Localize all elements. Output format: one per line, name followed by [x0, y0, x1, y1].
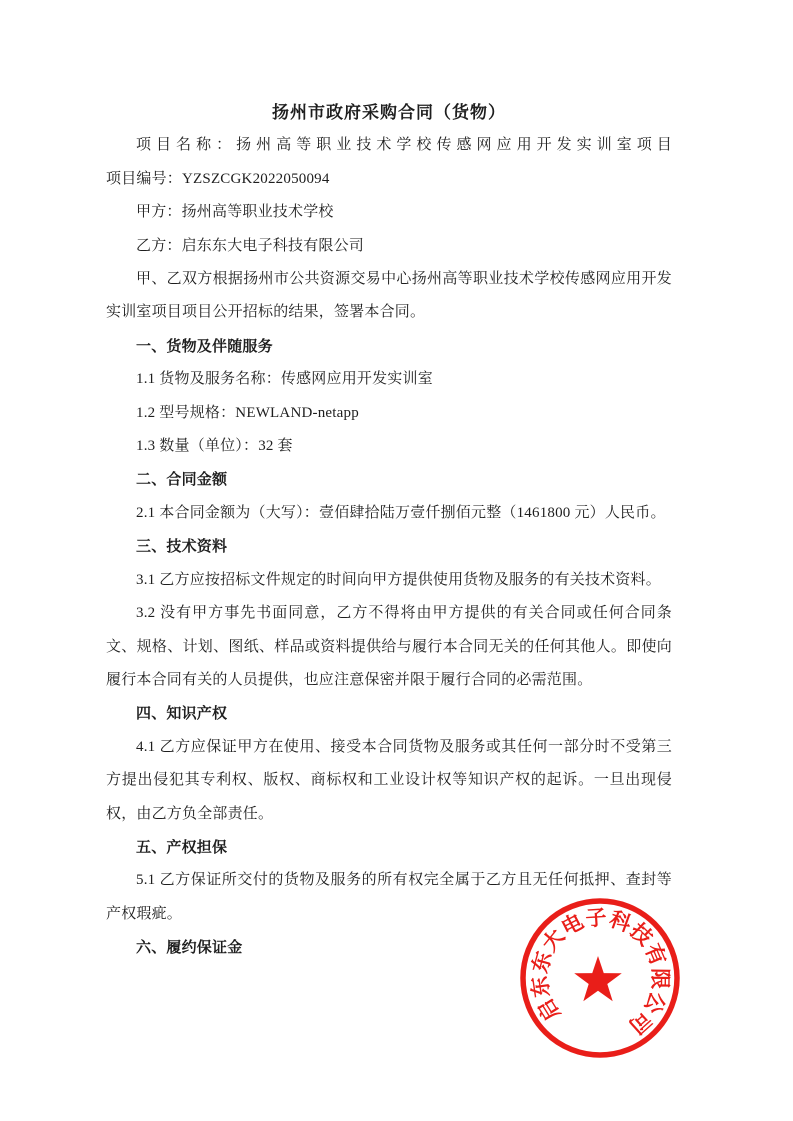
section-6-heading: 六、履约保证金 [106, 931, 672, 964]
section-1-heading: 一、货物及伴随服务 [106, 330, 672, 363]
project-number-line: 项目编号：YZSZCGK2022050094 [106, 163, 672, 196]
clause-2-1: 2.1 本合同金额为（大写）：壹佰肆拾陆万壹仟捌佰元整（1461800 元）人民… [106, 497, 672, 530]
clause-5-1: 5.1 乙方保证所交付的货物及服务的所有权完全属于乙方且无任何抵押、查封等产权瑕… [106, 864, 672, 931]
section-2-heading: 二、合同金额 [106, 463, 672, 496]
party-a-line: 甲方：扬州高等职业技术学校 [106, 196, 672, 229]
clause-1-2: 1.2 型号规格：NEWLAND-netapp [106, 397, 672, 430]
contract-title: 扬州市政府采购合同（货物） [106, 96, 672, 129]
section-5-heading: 五、产权担保 [106, 831, 672, 864]
clause-3-1: 3.1 乙方应按招标文件规定的时间向甲方提供使用货物及服务的有关技术资料。 [106, 564, 672, 597]
party-b-line: 乙方：启东东大电子科技有限公司 [106, 230, 672, 263]
contract-page: 扬州市政府采购合同（货物） 项目名称：扬州高等职业技术学校传感网应用开发实训室项… [0, 0, 793, 1121]
section-3-heading: 三、技术资料 [106, 530, 672, 563]
section-4-heading: 四、知识产权 [106, 697, 672, 730]
clause-4-1: 4.1 乙方应保证甲方在使用、接受本合同货物及服务或其任何一部分时不受第三方提出… [106, 731, 672, 831]
clause-1-3: 1.3 数量（单位）：32 套 [106, 430, 672, 463]
clause-1-1: 1.1 货物及服务名称：传感网应用开发实训室 [106, 363, 672, 396]
project-name-line: 项目名称：扬州高等职业技术学校传感网应用开发实训室项目 [106, 129, 672, 162]
clause-3-2: 3.2 没有甲方事先书面同意，乙方不得将由甲方提供的有关合同或任何合同条文、规格… [106, 597, 672, 697]
preamble-paragraph: 甲、乙双方根据扬州市公共资源交易中心扬州高等职业技术学校传感网应用开发实训室项目… [106, 263, 672, 330]
